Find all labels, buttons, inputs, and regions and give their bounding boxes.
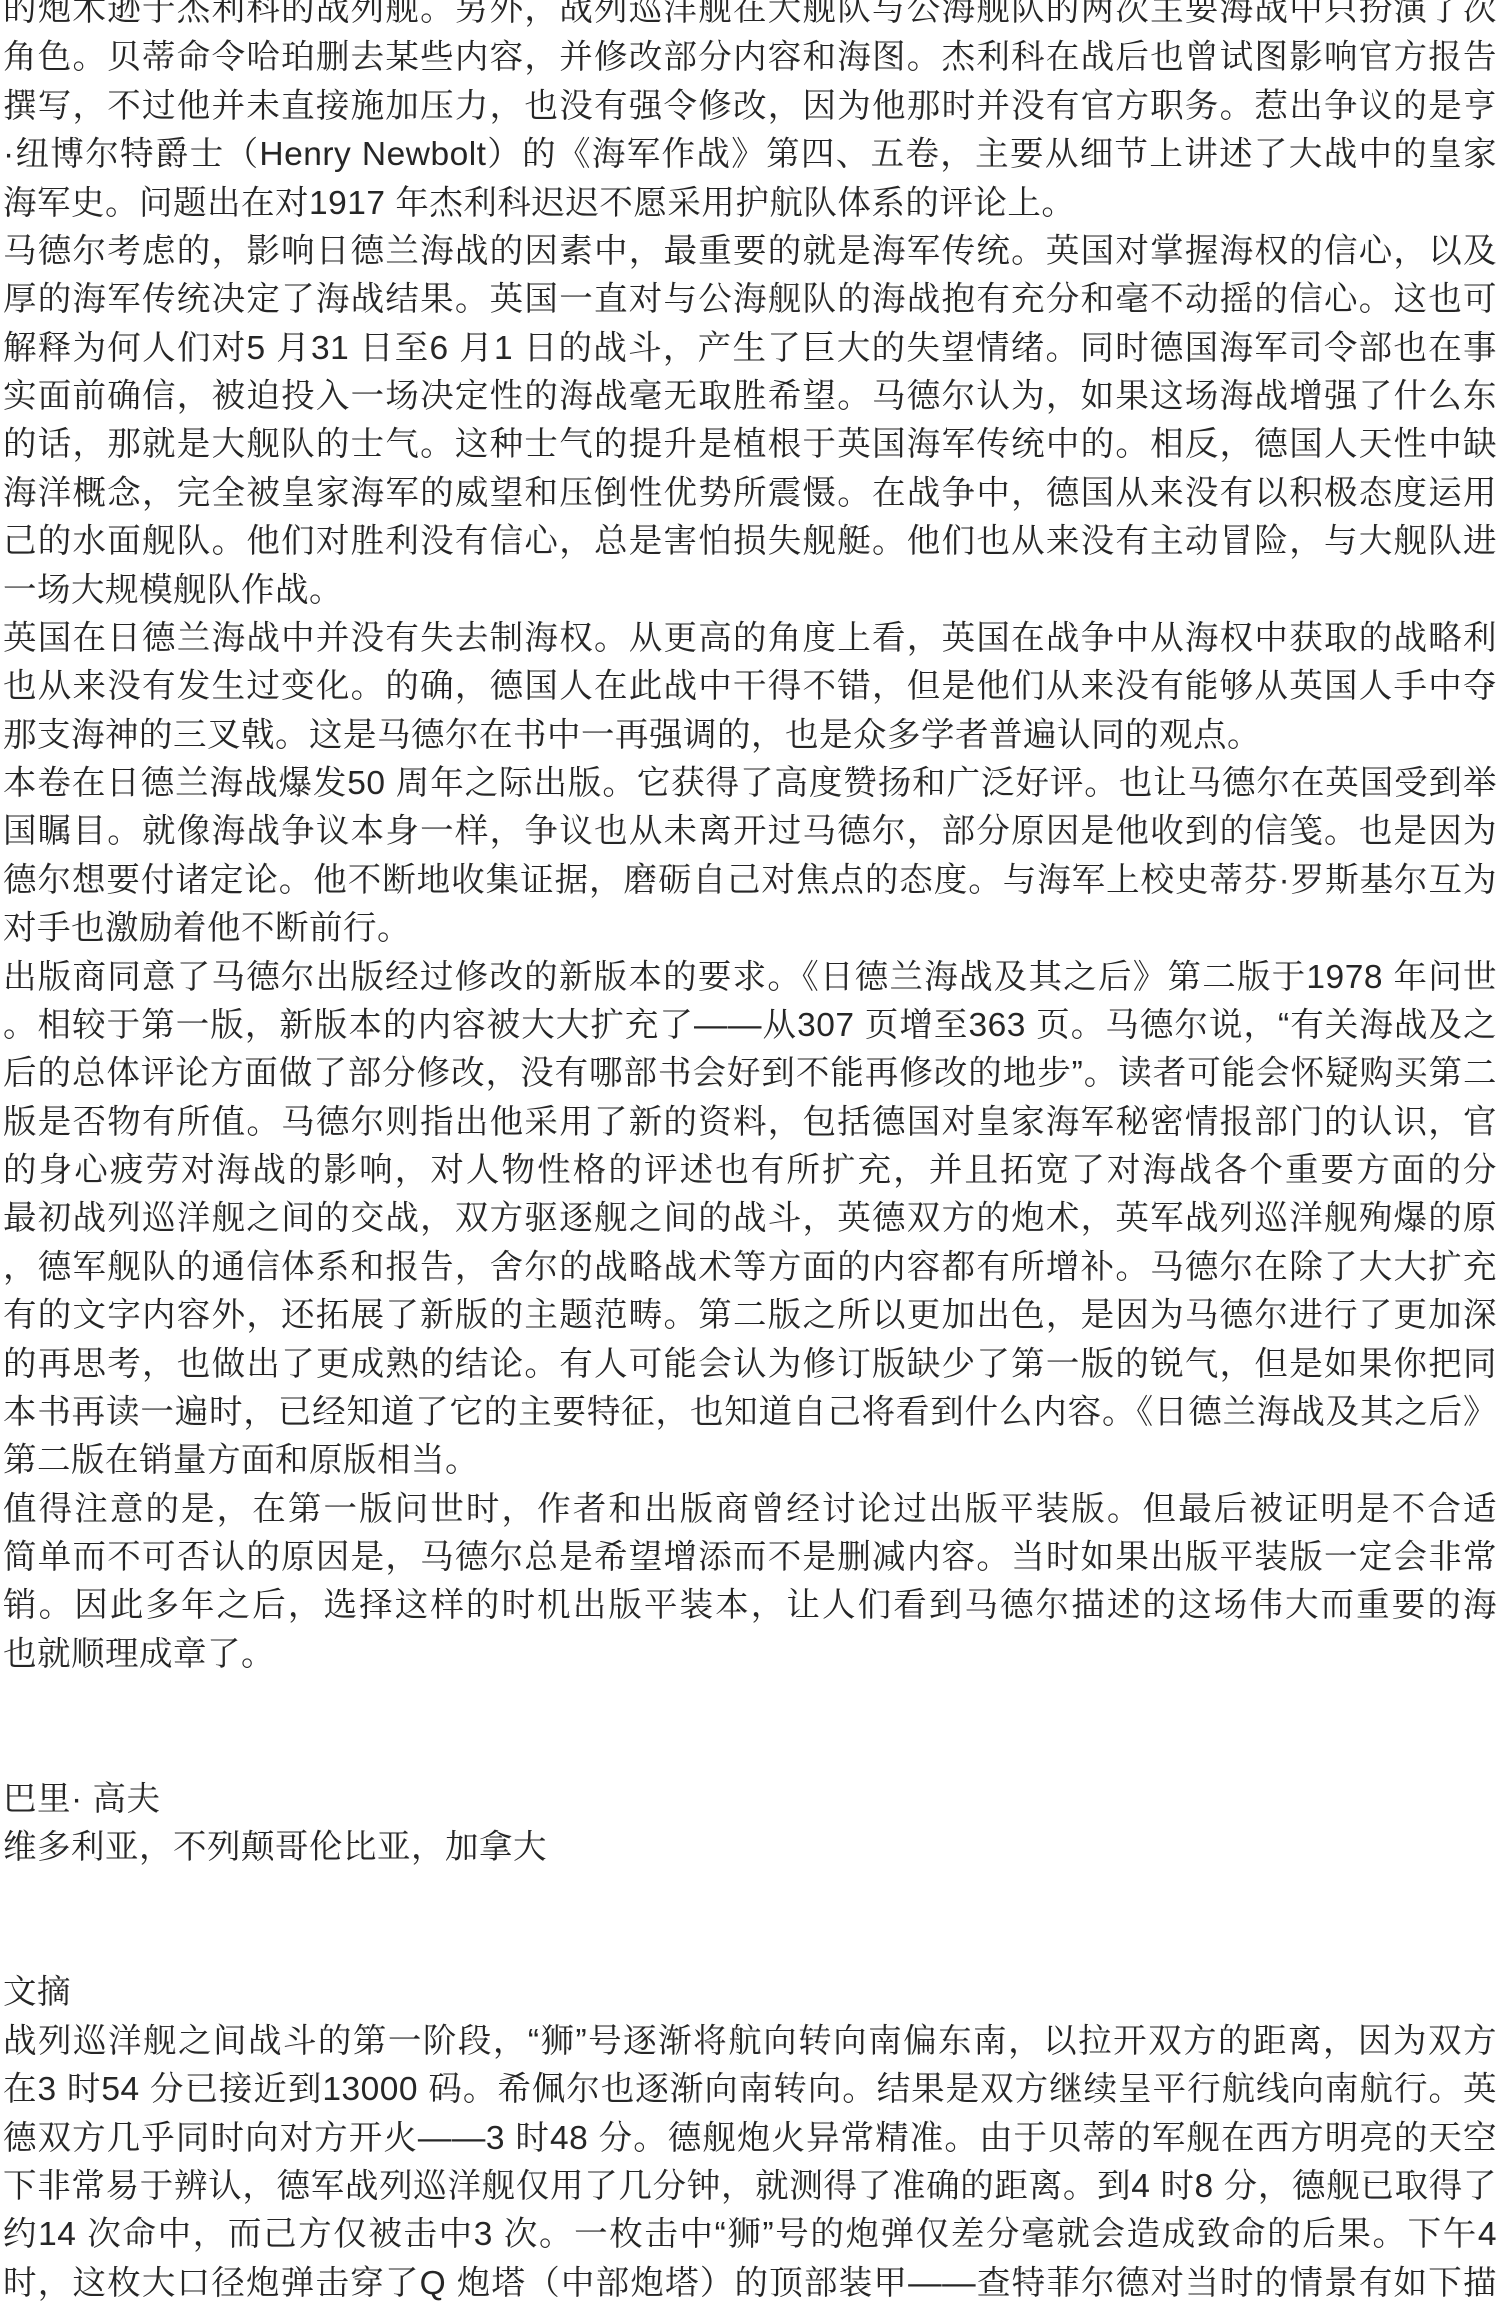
text-line: 撰写，不过他并未直接施加压力，也没有强令修改，因为他那时并没有官方职务。惹出争议…	[3, 83, 1497, 131]
text-line: 出版商同意了马德尔出版经过修改的新版本的要求。《日德兰海战及其之后》第二版于19…	[3, 954, 1497, 1002]
text-line: 文摘	[3, 1969, 1497, 2017]
text-line: 一场大规模舰队作战。	[3, 567, 1497, 615]
text-line: 本卷在日德兰海战爆发50 周年之际出版。它获得了高度赞扬和广泛好评。也让马德尔在…	[3, 760, 1497, 808]
document-text: 的炮术逊于杰利科的战列舰。另外，战列巡洋舰在大舰队与公海舰队的两次主要海战中只扮…	[3, 0, 1497, 2308]
text-line: 那支海神的三叉戟。这是马德尔在书中一再强调的，也是众多学者普遍认同的观点。	[3, 712, 1497, 760]
text-line: 维多利亚，不列颠哥伦比亚，加拿大	[3, 1824, 1497, 1872]
text-line: 对手也激励着他不断前行。	[3, 905, 1497, 953]
blank-line	[3, 1873, 1497, 1921]
text-line: ，德军舰队的通信体系和报告，舍尔的战略战术等方面的内容都有所增补。马德尔在除了大…	[3, 1244, 1497, 1292]
blank-line	[3, 1728, 1497, 1776]
text-line: 实面前确信，被迫投入一场决定性的海战毫无取胜希望。马德尔认为，如果这场海战增强了…	[3, 373, 1497, 421]
text-line: 时，这枚大口径炮弹击穿了Q 炮塔（中部炮塔）的顶部装甲——查特菲尔德对当时的情景…	[3, 2260, 1497, 2308]
text-line: 德尔想要付诸定论。他不断地收集证据，磨砺自己对焦点的态度。与海军上校史蒂芬·罗斯…	[3, 857, 1497, 905]
text-line: 的话，那就是大舰队的士气。这种士气的提升是植根于英国海军传统中的。相反，德国人天…	[3, 421, 1497, 469]
text-line: 。相较于第一版，新版本的内容被大大扩充了——从307 页增至363 页。马德尔说…	[3, 1002, 1497, 1050]
text-line: 也就顺理成章了。	[3, 1631, 1497, 1679]
text-line: 战列巡洋舰之间战斗的第一阶段，“狮”号逐渐将航向转向南偏东南，以拉开双方的距离，…	[3, 2018, 1497, 2066]
text-line: 的身心疲劳对海战的影响，对人物性格的评述也有所扩充，并且拓宽了对海战各个重要方面…	[3, 1147, 1497, 1195]
text-line: 简单而不可否认的原因是，马德尔总是希望增添而不是删减内容。当时如果出版平装版一定…	[3, 1534, 1497, 1582]
text-line: 在3 时54 分已接近到13000 码。希佩尔也逐渐向南转向。结果是双方继续呈平…	[3, 2066, 1497, 2114]
text-line: 厚的海军传统决定了海战结果。英国一直对与公海舰队的海战抱有充分和毫不动摇的信心。…	[3, 276, 1497, 324]
text-line: 下非常易于辨认，德军战列巡洋舰仅用了几分钟，就测得了准确的距离。到4 时8 分，…	[3, 2163, 1497, 2211]
text-line: 销。因此多年之后，选择这样的时机出版平装本，让人们看到马德尔描述的这场伟大而重要…	[3, 1582, 1497, 1630]
text-line: 解释为何人们对5 月31 日至6 月1 日的战斗，产生了巨大的失望情绪。同时德国…	[3, 325, 1497, 373]
text-line: 版是否物有所值。马德尔则指出他采用了新的资料，包括德国对皇家海军秘密情报部门的认…	[3, 1099, 1497, 1147]
document-page: 的炮术逊于杰利科的战列舰。另外，战列巡洋舰在大舰队与公海舰队的两次主要海战中只扮…	[0, 0, 1500, 2322]
text-line: 巴里· 高夫	[3, 1776, 1497, 1824]
text-line: 也从来没有发生过变化。的确，德国人在此战中干得不错，但是他们从来没有能够从英国人…	[3, 663, 1497, 711]
text-line: 国瞩目。就像海战争议本身一样，争议也从未离开过马德尔，部分原因是他收到的信笺。也…	[3, 808, 1497, 856]
text-line: ·纽博尔特爵士（Henry Newbolt）的《海军作战》第四、五卷，主要从细节…	[3, 131, 1497, 179]
text-line: 英国在日德兰海战中并没有失去制海权。从更高的角度上看，英国在战争中从海权中获取的…	[3, 615, 1497, 663]
text-line: 角色。贝蒂命令哈珀删去某些内容，并修改部分内容和海图。杰利科在战后也曾试图影响官…	[3, 34, 1497, 82]
text-line: 己的水面舰队。他们对胜利没有信心，总是害怕损失舰艇。他们也从来没有主动冒险，与大…	[3, 518, 1497, 566]
text-line: 值得注意的是，在第一版问世时，作者和出版商曾经讨论过出版平装版。但最后被证明是不…	[3, 1486, 1497, 1534]
blank-line	[3, 1921, 1497, 1969]
text-line: 第二版在销量方面和原版相当。	[3, 1437, 1497, 1485]
text-line: 德双方几乎同时向对方开火——3 时48 分。德舰炮火异常精准。由于贝蒂的军舰在西…	[3, 2115, 1497, 2163]
text-line: 海军史。问题出在对1917 年杰利科迟迟不愿采用护航队体系的评论上。	[3, 180, 1497, 228]
text-line: 的炮术逊于杰利科的战列舰。另外，战列巡洋舰在大舰队与公海舰队的两次主要海战中只扮…	[3, 0, 1497, 34]
text-line: 最初战列巡洋舰之间的交战，双方驱逐舰之间的战斗，英德双方的炮术，英军战列巡洋舰殉…	[3, 1195, 1497, 1243]
text-line: 本书再读一遍时，已经知道了它的主要特征，也知道自己将看到什么内容。《日德兰海战及…	[3, 1389, 1497, 1437]
text-line: 马德尔考虑的，影响日德兰海战的因素中，最重要的就是海军传统。英国对掌握海权的信心…	[3, 228, 1497, 276]
text-line: 有的文字内容外，还拓展了新版的主题范畴。第二版之所以更加出色，是因为马德尔进行了…	[3, 1292, 1497, 1340]
text-line: 后的总体评论方面做了部分修改，没有哪部书会好到不能再修改的地步”。读者可能会怀疑…	[3, 1050, 1497, 1098]
text-line: 的再思考，也做出了更成熟的结论。有人可能会认为修订版缺少了第一版的锐气，但是如果…	[3, 1341, 1497, 1389]
blank-line	[3, 1679, 1497, 1727]
text-line: 约14 次命中，而己方仅被击中3 次。一枚击中“狮”号的炮弹仅差分毫就会造成致命…	[3, 2211, 1497, 2259]
text-line: 海洋概念，完全被皇家海军的威望和压倒性优势所震慑。在战争中，德国从来没有以积极态…	[3, 470, 1497, 518]
